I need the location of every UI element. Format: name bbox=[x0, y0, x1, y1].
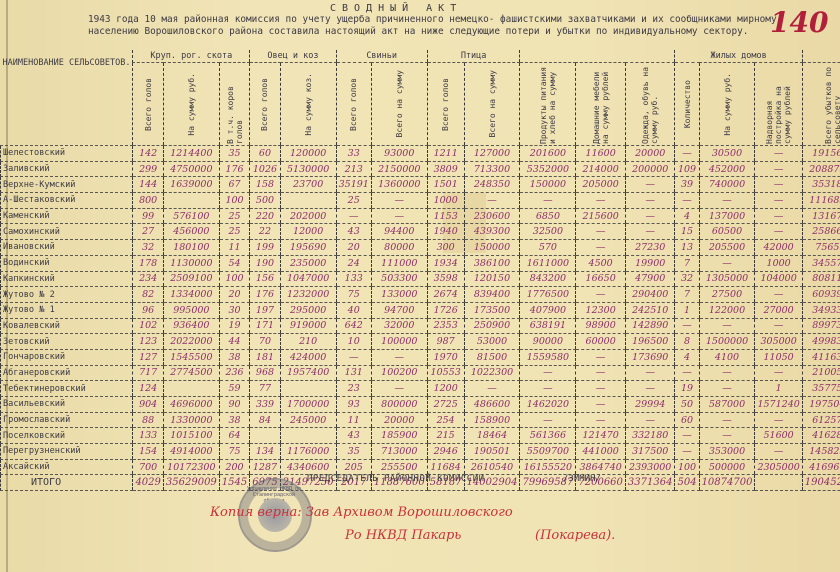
cell-value: 210 bbox=[280, 334, 336, 350]
cell-value: 134 bbox=[250, 444, 280, 460]
cell-value: 236 bbox=[219, 365, 249, 381]
cell-value: 713000 bbox=[371, 444, 427, 460]
cell-value: 290400 bbox=[625, 287, 675, 303]
cell-value: 3598 bbox=[427, 271, 464, 287]
cell-value: — bbox=[755, 287, 802, 303]
cell-value: — bbox=[755, 161, 802, 177]
cell-value: 205000 bbox=[576, 177, 626, 193]
document-intro: 1943 года 10 мая районная комиссия по уч… bbox=[88, 14, 788, 38]
cell-value: 150000 bbox=[520, 177, 576, 193]
cell-value: 38 bbox=[219, 412, 249, 428]
cell-value: 39 bbox=[675, 177, 699, 193]
cell-value: — bbox=[755, 365, 802, 381]
cell-value: 386100 bbox=[464, 255, 520, 271]
cell-value: 154 bbox=[133, 444, 163, 460]
cell-value: 27 bbox=[133, 224, 163, 240]
cell-value: — bbox=[755, 208, 802, 224]
cell-value: — bbox=[371, 208, 427, 224]
cell-value: 1776500 bbox=[520, 287, 576, 303]
cell-value: 3493340 bbox=[802, 302, 840, 318]
cell-value: 332180 bbox=[625, 428, 675, 444]
cell-value: 1940 bbox=[427, 224, 464, 240]
cell-value: — bbox=[755, 412, 802, 428]
cell-value: 200 bbox=[219, 459, 249, 475]
column-header-label: Одежда, обувь на сумму руб. bbox=[641, 64, 659, 144]
table-row: Аксайский7001017230020012874340600205255… bbox=[1, 459, 840, 475]
cell-value: 353000 bbox=[699, 444, 755, 460]
cell-value: 1176000 bbox=[280, 444, 336, 460]
cell-value: 2725 bbox=[427, 397, 464, 413]
cell-value: 1214400 bbox=[163, 146, 219, 162]
cell-value: 713300 bbox=[464, 161, 520, 177]
cell-value: 100200 bbox=[371, 365, 427, 381]
cell-value: — bbox=[520, 193, 576, 209]
table-row: Поселковский1331015100644318590021518464… bbox=[1, 428, 840, 444]
cell-value: 1501 bbox=[427, 177, 464, 193]
column-header: На сумму руб. bbox=[699, 63, 755, 146]
cell-value: 144 bbox=[133, 177, 163, 193]
cell-value: — bbox=[675, 193, 699, 209]
cell-value: — bbox=[625, 381, 675, 397]
cell-value: 15 bbox=[675, 224, 699, 240]
cell-value: — bbox=[699, 318, 755, 334]
cell-value: 104000 bbox=[755, 271, 802, 287]
cell-value: 131 bbox=[336, 365, 371, 381]
cell-value: 185900 bbox=[371, 428, 427, 444]
cell-value: 51600 bbox=[755, 428, 802, 444]
cell-value: 120150 bbox=[464, 271, 520, 287]
cell-value: 16650 bbox=[576, 271, 626, 287]
table-row: Ковалевский10293640019171919000642320002… bbox=[1, 318, 840, 334]
cell-value: 190501 bbox=[464, 444, 520, 460]
village-council-name: Громославский bbox=[1, 412, 133, 428]
column-header-label: Надворная постройка на сумму рублей bbox=[765, 64, 792, 144]
cell-value: 23700 bbox=[280, 177, 336, 193]
page-number: 140 bbox=[770, 6, 828, 39]
group-blank-end bbox=[802, 50, 840, 63]
cell-value: 700 bbox=[133, 459, 163, 475]
cell-value bbox=[163, 193, 219, 209]
cell-value: 4914000 bbox=[163, 444, 219, 460]
cell-value: 181 bbox=[250, 349, 280, 365]
cell-value: 10 bbox=[336, 334, 371, 350]
table-row: Перегрузненский1544914000751341176000357… bbox=[1, 444, 840, 460]
cell-value: 99 bbox=[133, 208, 163, 224]
cell-value: — bbox=[576, 397, 626, 413]
certification-line-3: (Покарева). bbox=[535, 528, 615, 543]
cell-value: 100 bbox=[219, 271, 249, 287]
cell-value: — bbox=[576, 365, 626, 381]
cell-value: 195690 bbox=[280, 240, 336, 256]
village-council-name: Абганеровский bbox=[1, 365, 133, 381]
cell-value: 10874700 bbox=[699, 475, 755, 491]
column-header: Всего на сумму bbox=[371, 63, 427, 146]
column-header-label: Всего голов bbox=[260, 78, 269, 131]
cell-value: 20 bbox=[336, 240, 371, 256]
cell-value: 111000 bbox=[371, 255, 427, 271]
cell-value: 12000 bbox=[280, 224, 336, 240]
cell-value: 1360000 bbox=[371, 177, 427, 193]
cell-value: 14582500 bbox=[802, 444, 840, 460]
cell-value: 20000 bbox=[625, 146, 675, 162]
cell-value: 35629009 bbox=[163, 475, 219, 491]
cell-value: 59 bbox=[219, 381, 249, 397]
group-blank bbox=[520, 50, 675, 63]
cell-value bbox=[755, 475, 802, 491]
cell-value: 8 bbox=[675, 334, 699, 350]
group-sheep: Овец и коз bbox=[250, 50, 336, 63]
cell-value: 2022000 bbox=[163, 334, 219, 350]
cell-value: 1047000 bbox=[280, 271, 336, 287]
cell-value: 248350 bbox=[464, 177, 520, 193]
cell-value: 180100 bbox=[163, 240, 219, 256]
cell-value: — bbox=[336, 208, 371, 224]
cell-value: 124 bbox=[133, 381, 163, 397]
cell-value: 27000 bbox=[755, 302, 802, 318]
cell-value: 1334000 bbox=[163, 287, 219, 303]
cell-value: 300 bbox=[427, 240, 464, 256]
cell-value: — bbox=[576, 381, 626, 397]
cell-value: 317500 bbox=[625, 444, 675, 460]
cell-value: 122000 bbox=[699, 302, 755, 318]
cell-value: 60000 bbox=[576, 334, 626, 350]
cell-value: 38 bbox=[219, 349, 249, 365]
cell-value: — bbox=[336, 349, 371, 365]
cell-value: — bbox=[625, 224, 675, 240]
table-row: Самохинский27456000252212000439440019404… bbox=[1, 224, 840, 240]
cell-value: 4116360 bbox=[802, 349, 840, 365]
village-council-name: Тебектинеровский bbox=[1, 381, 133, 397]
cell-value: 100 bbox=[219, 193, 249, 209]
cell-value: — bbox=[576, 224, 626, 240]
intro-line-1: 1943 года 10 мая районная комиссия по уч… bbox=[88, 14, 788, 26]
cell-value: 3864740 bbox=[576, 459, 626, 475]
cell-value: 6093920 bbox=[802, 287, 840, 303]
cell-value: — bbox=[755, 177, 802, 193]
cell-value: 93000 bbox=[371, 146, 427, 162]
cell-value: — bbox=[755, 318, 802, 334]
cell-value: — bbox=[625, 365, 675, 381]
cell-value: 109 bbox=[675, 161, 699, 177]
cell-value: 740000 bbox=[699, 177, 755, 193]
cell-value: — bbox=[576, 287, 626, 303]
cell-value: 35191 bbox=[336, 177, 371, 193]
cell-value: 133 bbox=[133, 428, 163, 444]
column-header: Количество bbox=[675, 63, 699, 146]
cell-value: 839400 bbox=[464, 287, 520, 303]
cell-value: 67 bbox=[219, 177, 249, 193]
cell-value: 190 bbox=[250, 255, 280, 271]
cell-value: 339 bbox=[250, 397, 280, 413]
cell-value: 137000 bbox=[699, 208, 755, 224]
cell-value: 424000 bbox=[280, 349, 336, 365]
cell-value: 123 bbox=[133, 334, 163, 350]
cell-value: 42000 bbox=[755, 240, 802, 256]
village-council-name: Заливский bbox=[1, 161, 133, 177]
cell-value: 11168330 bbox=[802, 193, 840, 209]
cell-value: 1022300 bbox=[464, 365, 520, 381]
cell-value: 3809 bbox=[427, 161, 464, 177]
cell-value: 25 bbox=[219, 208, 249, 224]
cell-value: 1559580 bbox=[520, 349, 576, 365]
column-header: Продукты питания и хлеб на сумму bbox=[520, 63, 576, 146]
cell-value: 1000 bbox=[755, 255, 802, 271]
cell-value: 20887800 bbox=[802, 161, 840, 177]
cell-value: 24 bbox=[336, 255, 371, 271]
cell-value: — bbox=[755, 193, 802, 209]
cell-value: 242510 bbox=[625, 302, 675, 318]
column-header: В т.ч. коров голов bbox=[219, 63, 249, 146]
table-row: Ивановский321801001119919569020800003001… bbox=[1, 240, 840, 256]
cell-value: 4100 bbox=[699, 349, 755, 365]
column-header: Всего голов bbox=[427, 63, 464, 146]
cell-value: 32 bbox=[133, 240, 163, 256]
cell-value: 11684 bbox=[427, 459, 464, 475]
cell-value: — bbox=[699, 381, 755, 397]
cell-value: — bbox=[675, 318, 699, 334]
village-council-name: Ковалевский bbox=[1, 318, 133, 334]
cell-value: — bbox=[520, 412, 576, 428]
cell-value: 199 bbox=[250, 240, 280, 256]
cell-value: 2509100 bbox=[163, 271, 219, 287]
cell-value: 190452718 bbox=[802, 475, 840, 491]
cell-value: — bbox=[755, 224, 802, 240]
table-row: Абганеровский717277450023696819574001311… bbox=[1, 365, 840, 381]
cell-value: — bbox=[699, 193, 755, 209]
cell-value: 230600 bbox=[464, 208, 520, 224]
cell-value: 4998300 bbox=[802, 334, 840, 350]
table-row: Каменский9957610025220202000——1153230600… bbox=[1, 208, 840, 224]
cell-value: 8081100 bbox=[802, 271, 840, 287]
cell-value: 25 bbox=[219, 224, 249, 240]
village-council-name: Жутово № 2 bbox=[1, 287, 133, 303]
column-header-label: Всего голов bbox=[441, 78, 450, 131]
cell-value bbox=[163, 381, 219, 397]
cell-value: 214000 bbox=[576, 161, 626, 177]
village-council-name: Жутово № 1 bbox=[1, 302, 133, 318]
group-header-row: НАИМЕНОВАНИЕ СЕЛЬСОВЕТОВ. Круп. рог. ско… bbox=[1, 50, 840, 63]
cell-value: 5352000 bbox=[520, 161, 576, 177]
column-header: Надворная постройка на сумму рублей bbox=[755, 63, 802, 146]
cell-value: 1970 bbox=[427, 349, 464, 365]
column-header: Всего убытков по сельсовету bbox=[802, 63, 840, 146]
cell-value: 4500 bbox=[576, 255, 626, 271]
cell-value: 205 bbox=[336, 459, 371, 475]
cell-value: 1211 bbox=[427, 146, 464, 162]
cell-value: 1726 bbox=[427, 302, 464, 318]
cell-value: 13 bbox=[675, 240, 699, 256]
column-header-label: В т.ч. коров голов bbox=[226, 64, 244, 144]
cell-value: 756590 bbox=[802, 240, 840, 256]
cell-value: 121470 bbox=[576, 428, 626, 444]
cell-value: 1000 bbox=[427, 193, 464, 209]
cell-value: 11 bbox=[219, 240, 249, 256]
table-row: Гончаровский127154550038181424000——19708… bbox=[1, 349, 840, 365]
cell-value: 12300 bbox=[576, 302, 626, 318]
losses-table: НАИМЕНОВАНИЕ СЕЛЬСОВЕТОВ. Круп. рог. ско… bbox=[0, 50, 840, 491]
cell-value: 11050 bbox=[755, 349, 802, 365]
cell-value: 197 bbox=[250, 302, 280, 318]
table-row: Водинский1781130000541902350002411100019… bbox=[1, 255, 840, 271]
cell-value: 299 bbox=[133, 161, 163, 177]
cell-value: 1639000 bbox=[163, 177, 219, 193]
cell-value: — bbox=[464, 381, 520, 397]
cell-value: 2674 bbox=[427, 287, 464, 303]
cell-value: 11600 bbox=[576, 146, 626, 162]
column-header-label: Продукты питания и хлеб на сумму bbox=[539, 64, 557, 144]
cell-value: 638191 bbox=[520, 318, 576, 334]
cell-value: — bbox=[675, 365, 699, 381]
cell-value: 100000 bbox=[371, 334, 427, 350]
column-header-label: На сумму руб. bbox=[187, 73, 196, 136]
cell-value: 295000 bbox=[280, 302, 336, 318]
cell-value: 2353 bbox=[427, 318, 464, 334]
cell-value: 1015100 bbox=[163, 428, 219, 444]
cell-value: 6850 bbox=[520, 208, 576, 224]
cell-value: 176 bbox=[250, 287, 280, 303]
cell-value: 88 bbox=[133, 412, 163, 428]
cell-value: 213 bbox=[336, 161, 371, 177]
cell-value bbox=[280, 193, 336, 209]
cell-value: — bbox=[675, 428, 699, 444]
intro-line-2: населению Ворошиловского района составил… bbox=[88, 26, 788, 38]
cell-value: 968 bbox=[250, 365, 280, 381]
cell-value: 1700000 bbox=[280, 397, 336, 413]
cell-value: 452000 bbox=[699, 161, 755, 177]
cell-value: 250900 bbox=[464, 318, 520, 334]
cell-value: — bbox=[464, 193, 520, 209]
cell-value: 504 bbox=[675, 475, 699, 491]
cell-value: 16155520 bbox=[520, 459, 576, 475]
cell-value: 1500000 bbox=[699, 334, 755, 350]
table-body: Шелестовский1421214400356012000033930001… bbox=[1, 146, 840, 491]
column-header-label: Всего на сумму bbox=[488, 70, 497, 137]
cell-value bbox=[280, 428, 336, 444]
village-council-name: Перегрузненский bbox=[1, 444, 133, 460]
cell-value: 60 bbox=[675, 412, 699, 428]
cell-value: 20 bbox=[219, 287, 249, 303]
cell-value bbox=[250, 428, 280, 444]
cell-value: 47900 bbox=[625, 271, 675, 287]
cell-value: — bbox=[576, 193, 626, 209]
village-council-name: Каменский bbox=[1, 208, 133, 224]
table-row: Шелестовский1421214400356012000033930001… bbox=[1, 146, 840, 162]
cell-value: 10172300 bbox=[163, 459, 219, 475]
cell-value: — bbox=[699, 412, 755, 428]
cell-value: 3531850 bbox=[802, 177, 840, 193]
cell-value: 235000 bbox=[280, 255, 336, 271]
archive-document-page: СВОДНЫЙ АКТ 1943 года 10 мая районная ко… bbox=[0, 0, 840, 572]
cell-value: 23 bbox=[336, 381, 371, 397]
cell-value: 441000 bbox=[576, 444, 626, 460]
cell-value: — bbox=[625, 177, 675, 193]
cell-value: 486600 bbox=[464, 397, 520, 413]
cell-value: 561366 bbox=[520, 428, 576, 444]
cell-value: 1232000 bbox=[280, 287, 336, 303]
group-poultry: Птица bbox=[427, 50, 520, 63]
column-header: Домашние мебели на сумму рублей bbox=[576, 63, 626, 146]
cell-value: 255500 bbox=[371, 459, 427, 475]
cell-value: 196500 bbox=[625, 334, 675, 350]
cell-value: 717 bbox=[133, 365, 163, 381]
cell-value: 53000 bbox=[464, 334, 520, 350]
cell-value: 19 bbox=[675, 381, 699, 397]
cell-value: 75 bbox=[336, 287, 371, 303]
cell-value: 142890 bbox=[625, 318, 675, 334]
cell-value: 32 bbox=[675, 271, 699, 287]
column-header: Всего голов bbox=[336, 63, 371, 146]
cell-value: 171 bbox=[250, 318, 280, 334]
cell-value: 215600 bbox=[576, 208, 626, 224]
cell-value: 19900 bbox=[625, 255, 675, 271]
village-council-name: Верхне-Кумский bbox=[1, 177, 133, 193]
cell-value: 142 bbox=[133, 146, 163, 162]
cell-value: 642 bbox=[336, 318, 371, 334]
cell-value: 127 bbox=[133, 349, 163, 365]
column-header: Одежда, обувь на сумму руб. bbox=[625, 63, 675, 146]
column-header-label: На сумму коз. bbox=[304, 73, 313, 136]
cell-value: 60 bbox=[250, 146, 280, 162]
cell-value: 10553 bbox=[427, 365, 464, 381]
cell-value: 19 bbox=[219, 318, 249, 334]
cell-value: 500000 bbox=[699, 459, 755, 475]
cell-value: 22 bbox=[250, 224, 280, 240]
cell-value: 4696000 bbox=[163, 397, 219, 413]
cell-value: 1545500 bbox=[163, 349, 219, 365]
table-row: Капкинский234250910010015610470001335033… bbox=[1, 271, 840, 287]
cell-value: 2100556 bbox=[802, 365, 840, 381]
cell-value: 2586600 bbox=[802, 224, 840, 240]
cell-value: 215 bbox=[427, 428, 464, 444]
cell-value: — bbox=[675, 444, 699, 460]
cell-value: 800000 bbox=[371, 397, 427, 413]
village-council-name: ИТОГО bbox=[1, 475, 133, 491]
village-council-name: Ивановский bbox=[1, 240, 133, 256]
cell-value: — bbox=[576, 412, 626, 428]
cell-value: 75 bbox=[219, 444, 249, 460]
cell-value: — bbox=[625, 412, 675, 428]
table-row: Тебектинеровский124597723—1200————19—135… bbox=[1, 381, 840, 397]
cell-value: 1026 bbox=[250, 161, 280, 177]
village-council-name: А-Шестаковский bbox=[1, 193, 133, 209]
column-header: Всего голов bbox=[250, 63, 280, 146]
table-row: Васильевский9044696000903391700000938000… bbox=[1, 397, 840, 413]
cell-value: — bbox=[755, 444, 802, 460]
cell-value: 120000 bbox=[280, 146, 336, 162]
cell-value: 35 bbox=[219, 146, 249, 162]
certification-line-1: Копия верна: Зав Архивом Ворошиловского bbox=[210, 505, 513, 520]
cell-value: 995000 bbox=[163, 302, 219, 318]
column-header: Всего голов bbox=[133, 63, 163, 146]
column-header-label: Всего убытков по сельсовету bbox=[824, 64, 840, 144]
cell-value: 2946 bbox=[427, 444, 464, 460]
column-header: На сумму коз. bbox=[280, 63, 336, 146]
cell-value: 18464 bbox=[464, 428, 520, 444]
table-row: Зетовский1232022000447021010100000987530… bbox=[1, 334, 840, 350]
cell-value: — bbox=[699, 365, 755, 381]
cell-value: 8997320 bbox=[802, 318, 840, 334]
cell-value: 305000 bbox=[755, 334, 802, 350]
cell-value: 3577500 bbox=[802, 381, 840, 397]
cell-value: 50 bbox=[675, 397, 699, 413]
cell-value: 11 bbox=[336, 412, 371, 428]
cell-value: 1287 bbox=[250, 459, 280, 475]
cell-value: 919000 bbox=[280, 318, 336, 334]
cell-value: — bbox=[520, 381, 576, 397]
cell-value: 178 bbox=[133, 255, 163, 271]
cell-value: 35 bbox=[336, 444, 371, 460]
cell-value: 4340600 bbox=[280, 459, 336, 475]
